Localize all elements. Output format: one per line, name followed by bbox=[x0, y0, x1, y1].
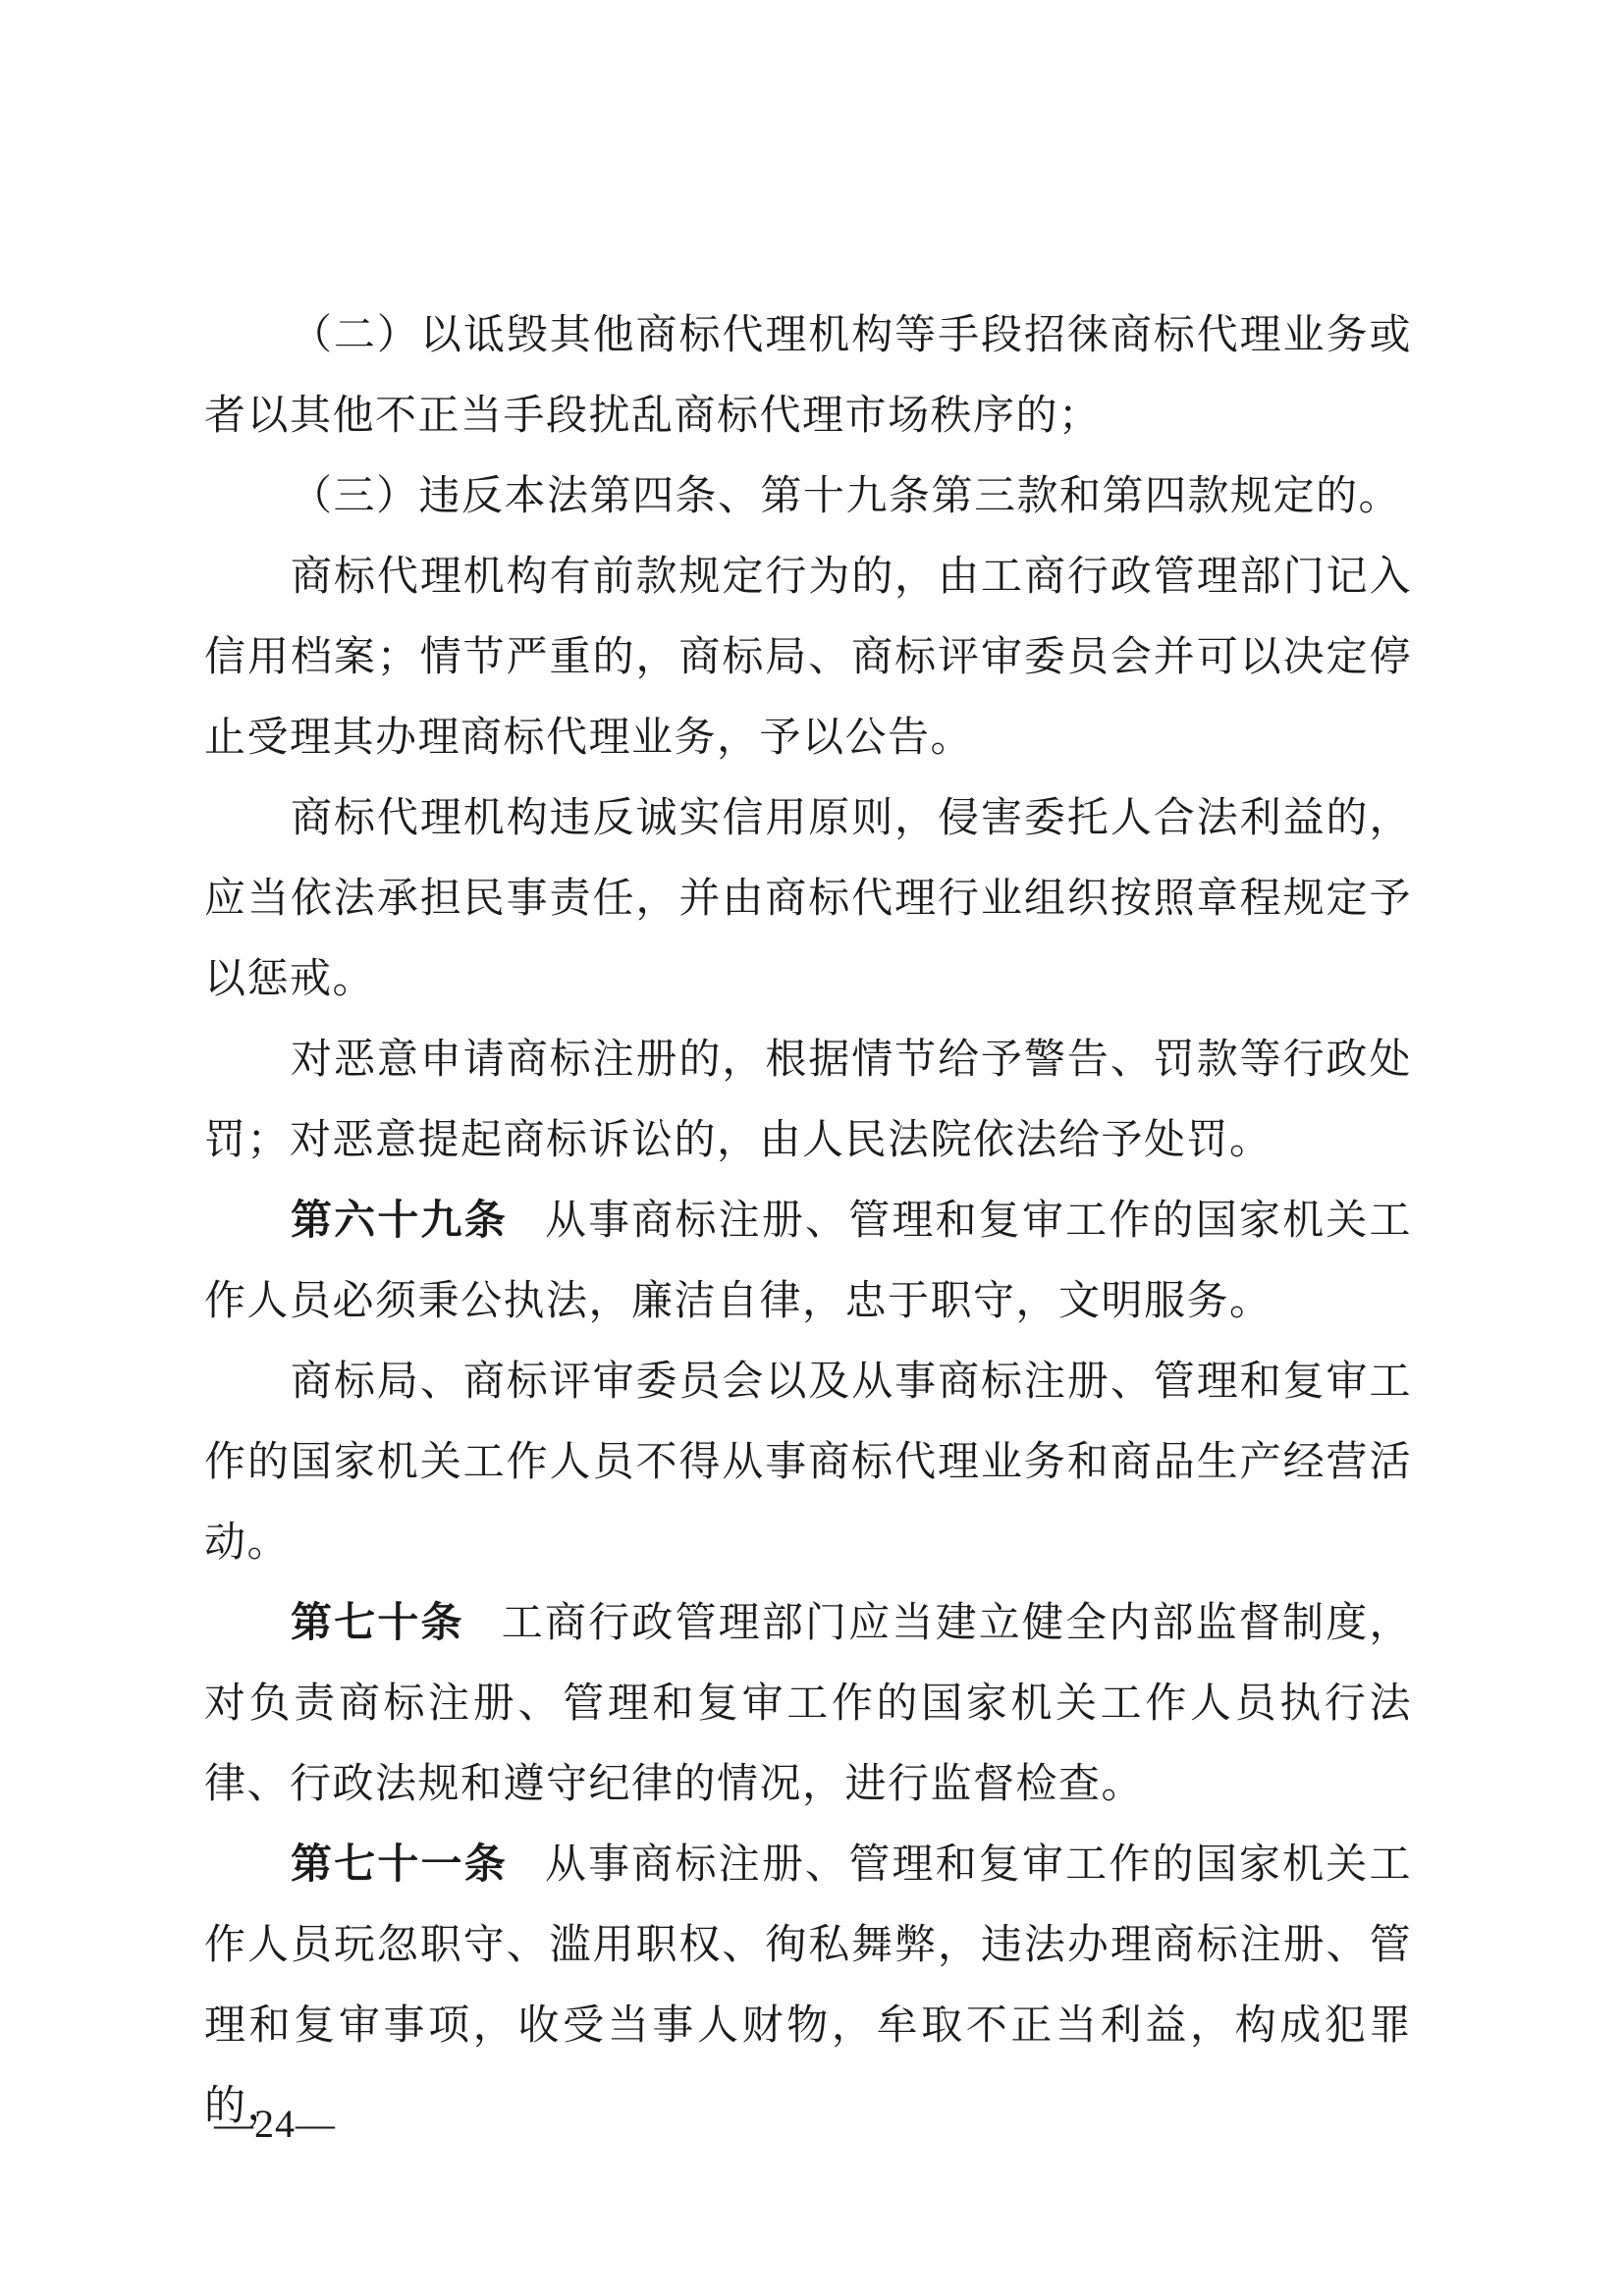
article-heading: 第七十一条 bbox=[291, 1840, 508, 1888]
paragraph-credit-record: 商标代理机构有前款规定行为的，由工商行政管理部门记入信用档案；情节严重的，商标局… bbox=[204, 536, 1412, 777]
paragraph-item-2: （二）以诋毁其他商标代理机构等手段招徕商标代理业务或者以其他不正当手段扰乱商标代… bbox=[204, 294, 1412, 455]
paragraph-prohibition: 商标局、商标评审委员会以及从事商标注册、管理和复审工作的国家机关工作人员不得从事… bbox=[204, 1341, 1412, 1582]
paragraph-text: 商标局、商标评审委员会以及从事商标注册、管理和复审工作的国家机关工作人员不得从事… bbox=[204, 1357, 1412, 1566]
article-70: 第七十条工商行政管理部门应当建立健全内部监督制度，对负责商标注册、管理和复审工作… bbox=[204, 1582, 1412, 1824]
article-heading: 第七十条 bbox=[291, 1598, 464, 1646]
paragraph-civil-liability: 商标代理机构违反诚实信用原则，侵害委托人合法利益的，应当依法承担民事责任，并由商… bbox=[204, 777, 1412, 1019]
article-71: 第七十一条从事商标注册、管理和复审工作的国家机关工作人员玩忽职守、滥用职权、徇私… bbox=[204, 1824, 1412, 2146]
document-body: （二）以诋毁其他商标代理机构等手段招徕商标代理业务或者以其他不正当手段扰乱商标代… bbox=[204, 294, 1412, 2146]
page-number: —24— bbox=[214, 2101, 336, 2147]
article-heading: 第六十九条 bbox=[291, 1196, 508, 1244]
paragraph-text: （三）违反本法第四条、第十九条第三款和第四款规定的。 bbox=[291, 471, 1401, 519]
paragraph-text: 商标代理机构有前款规定行为的，由工商行政管理部门记入信用档案；情节严重的，商标局… bbox=[204, 552, 1412, 761]
paragraph-text: 对恶意申请商标注册的，根据情节给予警告、罚款等行政处罚；对恶意提起商标诉讼的，由… bbox=[204, 1035, 1412, 1163]
paragraph-text: （二）以诋毁其他商标代理机构等手段招徕商标代理业务或者以其他不正当手段扰乱商标代… bbox=[204, 310, 1412, 439]
paragraph-text: 商标代理机构违反诚实信用原则，侵害委托人合法利益的，应当依法承担民事责任，并由商… bbox=[204, 793, 1412, 1002]
article-69: 第六十九条从事商标注册、管理和复审工作的国家机关工作人员必须秉公执法，廉洁自律，… bbox=[204, 1180, 1412, 1341]
paragraph-item-3: （三）违反本法第四条、第十九条第三款和第四款规定的。 bbox=[204, 455, 1412, 536]
paragraph-malicious-application: 对恶意申请商标注册的，根据情节给予警告、罚款等行政处罚；对恶意提起商标诉讼的，由… bbox=[204, 1019, 1412, 1180]
